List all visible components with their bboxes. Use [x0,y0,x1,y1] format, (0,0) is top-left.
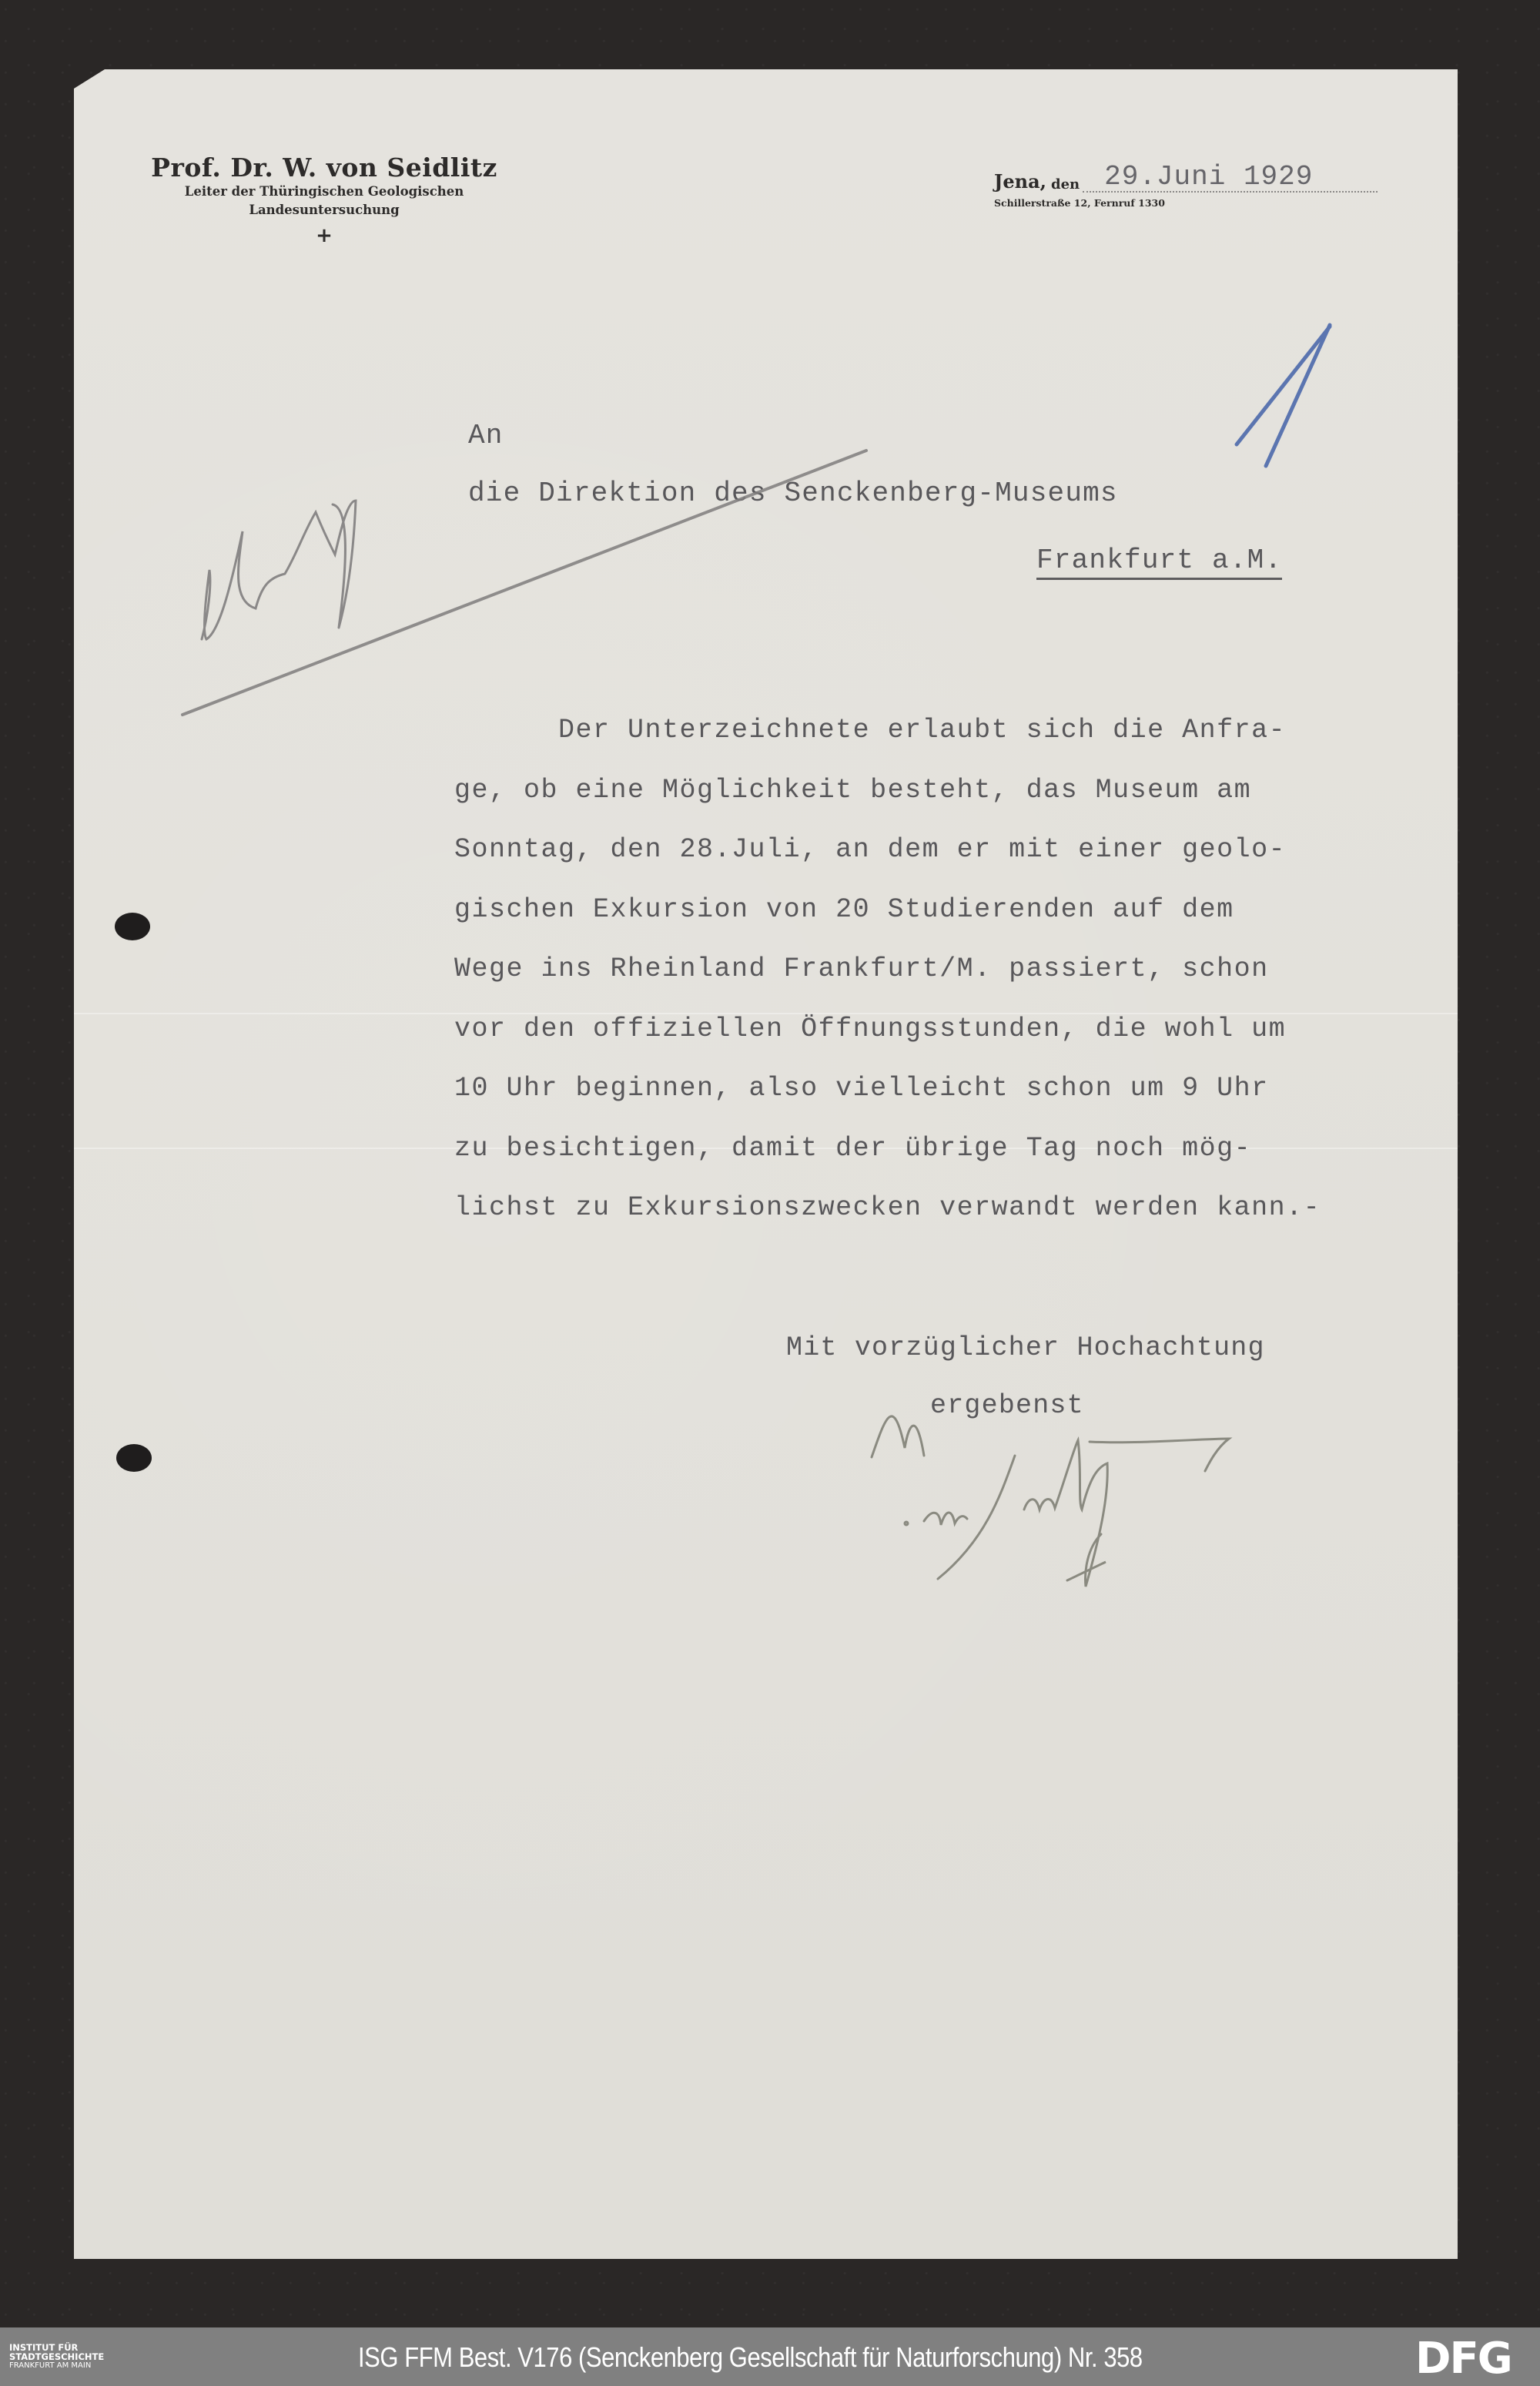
archive-caption: ISG FFM Best. V176 (Senckenberg Gesellsc… [358,2341,1143,2374]
institution-line-2: STADTGESCHICHTE [9,2352,104,2361]
institution-logo: INSTITUT FÜR STADTGESCHICHTE FRANKFURT A… [9,2343,104,2371]
dfg-logo-icon: DFG [1415,2334,1512,2384]
blue-pencil-number-icon [1237,325,1330,466]
archive-footer-bar: INSTITUT FÜR STADTGESCHICHTE FRANKFURT A… [0,2327,1540,2386]
signature-icon [872,1416,1229,1587]
handwriting-overlay [0,0,1540,2327]
institution-line-3: FRANKFURT AM MAIN [9,2361,104,2371]
pencil-initials-icon [202,501,356,639]
pencil-strike-line [182,451,866,715]
